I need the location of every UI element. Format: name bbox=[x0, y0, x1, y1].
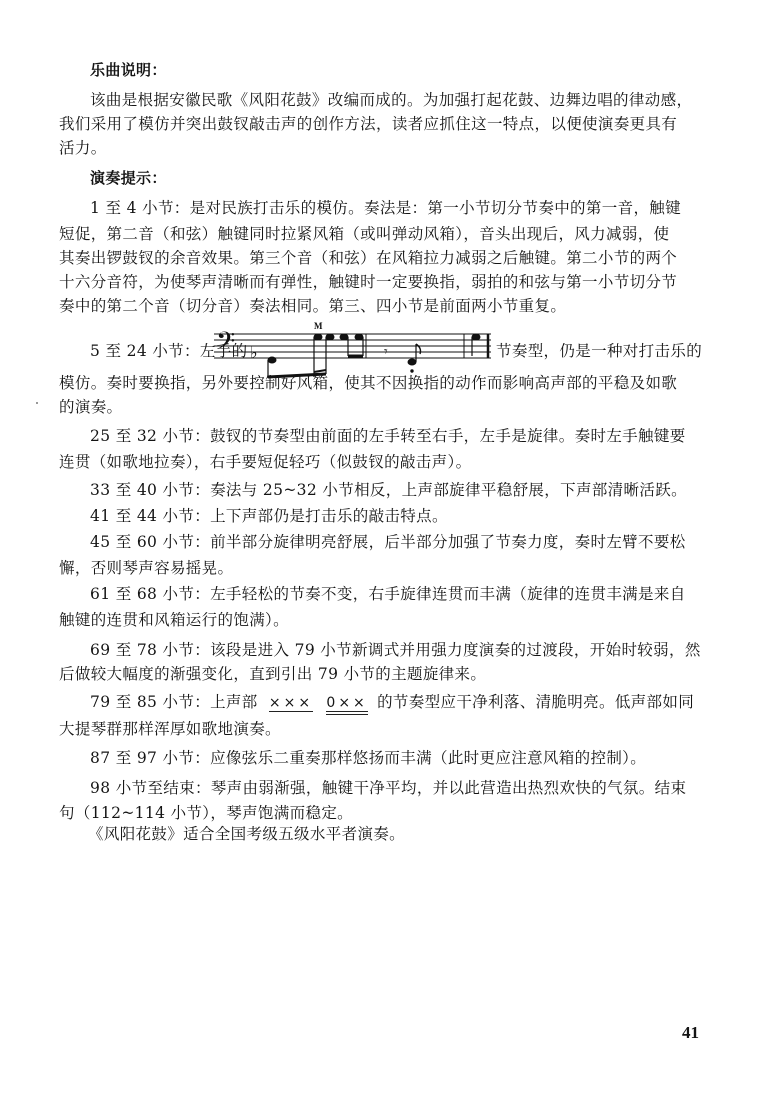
hint-line: 触键的连贯和风箱运行的饱满）。 bbox=[59, 610, 715, 630]
hint-line: 45 至 60 小节：前半部分旋律明亮舒展，后半部分加强了节奏力度，奏时左臂不要… bbox=[90, 532, 715, 552]
page-number: 41 bbox=[682, 1023, 699, 1043]
description-line: 活力。 bbox=[59, 138, 715, 158]
hint-line: 1 至 4 小节：是对民族打击乐的模仿。奏法是：第一小节切分节奏中的第一音，触键 bbox=[90, 198, 715, 218]
hint-line: 其奏出锣鼓钗的余音效果。第三个音（和弦）在风箱拉力减弱之后触键。第二小节的两个 bbox=[59, 248, 715, 268]
scan-speck bbox=[36, 402, 38, 404]
hint-line: 61 至 68 小节：左手轻松的节奏不变，右手旋律连贯而丰满（旋律的连贯丰满是来… bbox=[90, 584, 715, 604]
svg-text:M: M bbox=[314, 322, 323, 331]
hint-line: 25 至 32 小节：鼓钗的节奏型由前面的左手转至右手，左手是旋律。奏时左手触键… bbox=[90, 426, 715, 446]
hint-line-suffix: 节奏型，仍是一种对打击乐的 bbox=[496, 341, 715, 361]
hint-line-prefix: 5 至 24 小节：左手的 bbox=[90, 341, 220, 361]
hints-heading: 演奏提示： bbox=[90, 168, 715, 188]
hint-suffix: 的节奏型应干净利落、清脆明亮。低声部如同 bbox=[377, 693, 694, 711]
hint-line: 的演奏。 bbox=[59, 397, 715, 417]
description-line: 我们采用了模仿并突出鼓钗敲击声的创作方法，读者应抓住这一特点，以便使演奏更具有 bbox=[59, 114, 715, 134]
hint-line: 奏中的第二个音（切分音）奏法相同。第三、四小节是前面两小节重复。 bbox=[59, 296, 715, 316]
hint-line: 大提琴群那样浑厚如歌地演奏。 bbox=[59, 719, 715, 739]
rhythm-pattern-b: 0×× bbox=[326, 693, 367, 713]
hint-line-rhythm: 79 至 85 小节：上声部 ××× 0×× 的节奏型应干净利落、清脆明亮。低声… bbox=[90, 692, 715, 713]
svg-text:𝄾: 𝄾 bbox=[384, 344, 388, 360]
rhythm-pattern-a: ××× bbox=[269, 693, 313, 713]
description-line: 该曲是根据安徽民歌《风阳花鼓》改编而成的。为加强打起花鼓、边舞边唱的律动感， bbox=[90, 90, 715, 110]
hint-line: 模仿。奏时要换指，另外要控制好风箱，使其不因换指的动作而影响高声部的平稳及如歌 bbox=[59, 373, 715, 393]
hint-line: 十六分音符，为使琴声清晰而有弹性，触键时一定要换指，弱拍的和弦与第一小节切分节 bbox=[59, 272, 715, 292]
hint-line: 懈，否则琴声容易摇晃。 bbox=[59, 558, 715, 578]
hint-line: 连贯（如歌地拉奏），右手要短促轻巧（似鼓钗的敲击声）。 bbox=[59, 452, 715, 472]
svg-text:𝄢: 𝄢 bbox=[216, 327, 235, 362]
hint-line: 后做较大幅度的渐强变化，直到引出 79 小节的主题旋律来。 bbox=[59, 664, 715, 684]
hint-line: 33 至 40 小节：奏法与 25~32 小节相反，上声部旋律平稳舒展，下声部清… bbox=[90, 480, 715, 500]
hint-line: 87 至 97 小节：应像弦乐二重奏那样悠扬而丰满（此时更应注意风箱的控制）。 bbox=[90, 748, 715, 768]
hint-line: 短促，第二音（和弦）触键同时拉紧风箱（或叫弹动风箱），音头出现后，风力减弱，使 bbox=[59, 224, 715, 244]
hint-line: 69 至 78 小节：该段是进入 79 小节新调式并用强力度演奏的过渡段，开始时… bbox=[90, 640, 715, 660]
svg-text:♭: ♭ bbox=[250, 343, 258, 362]
hint-prefix: 79 至 85 小节：上声部 bbox=[90, 693, 258, 711]
description-heading: 乐曲说明： bbox=[90, 60, 715, 80]
hint-line: 句（112~114 小节），琴声饱满而稳定。 bbox=[59, 803, 715, 823]
hint-line: 41 至 44 小节：上下声部仍是打击乐的敲击特点。 bbox=[90, 506, 715, 526]
hint-line: 98 小节至结束：琴声由弱渐强，触键干净平均，并以此营造出热烈欢快的气氛。结束 bbox=[90, 778, 715, 798]
footer-note: 《风阳花鼓》适合全国考级五级水平者演奏。 bbox=[88, 824, 713, 844]
